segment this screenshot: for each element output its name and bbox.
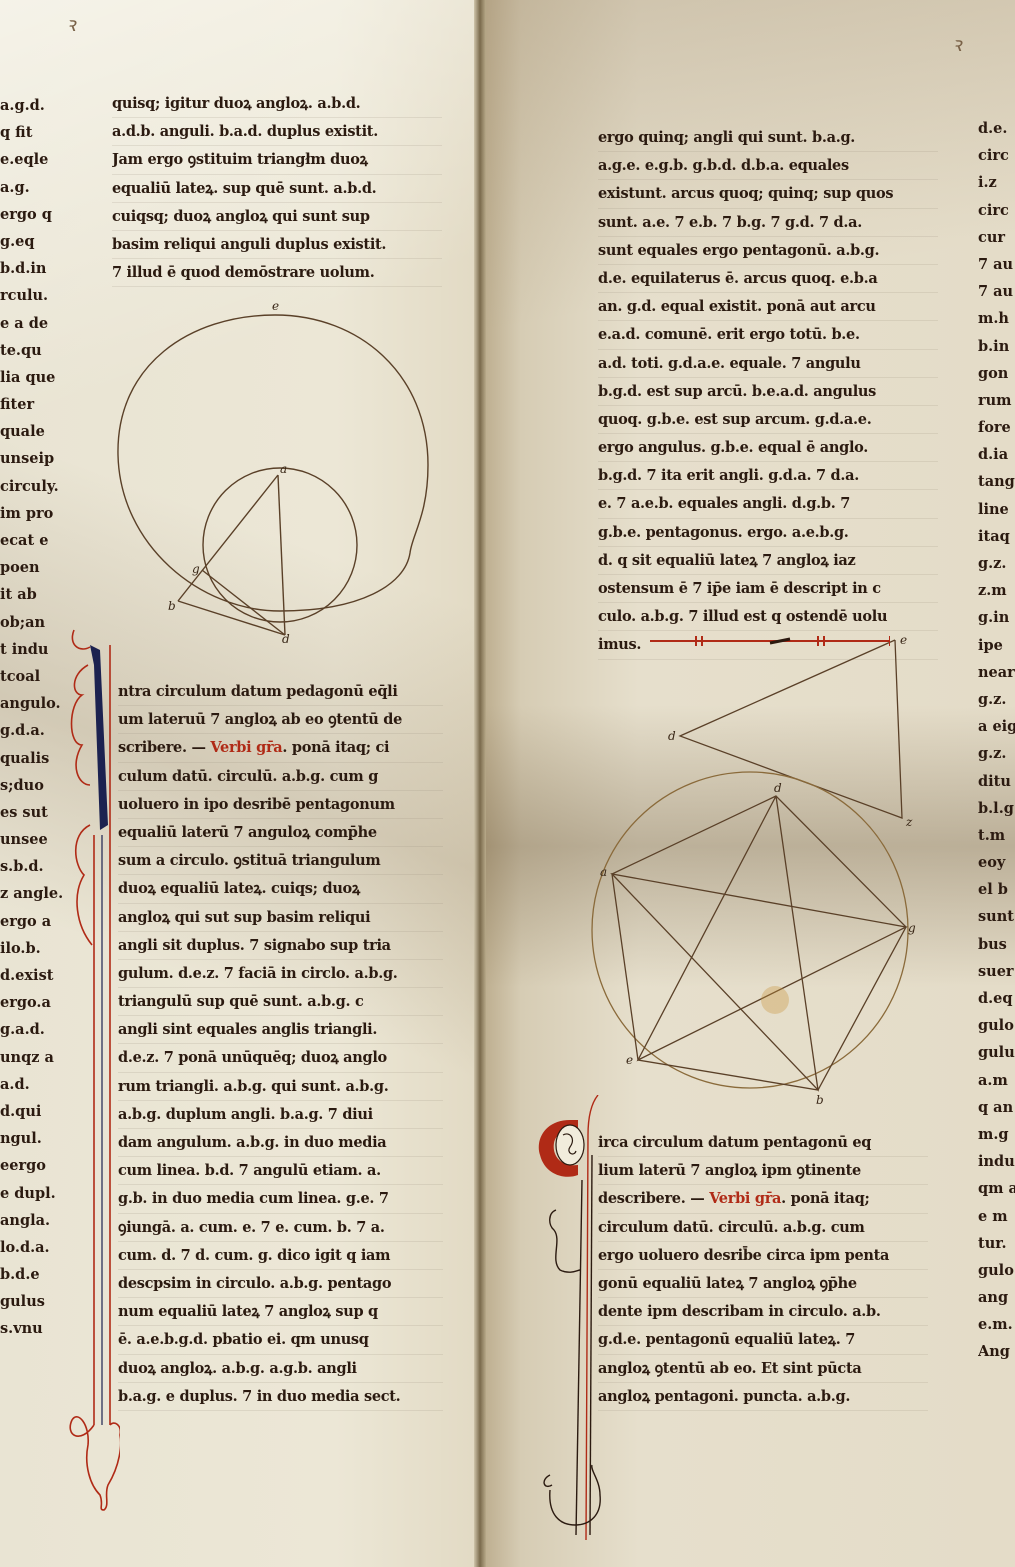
text-line: g.d.a. — [0, 717, 62, 744]
text-line: g.b.e. pentagonus. ergo. a.e.b.g. — [598, 519, 938, 547]
text-line: Ang — [978, 1338, 1015, 1365]
decorated-initial-c — [530, 1095, 605, 1565]
text-line: 7 au — [978, 251, 1015, 278]
text-line: m.g — [978, 1121, 1015, 1148]
text-line: indu — [978, 1148, 1015, 1175]
text-line: e dupl. — [0, 1180, 62, 1207]
text-line: a.d. toti. g.d.a.e. equale. 7 angulu — [598, 350, 938, 378]
text-line: ergo.a — [0, 989, 62, 1016]
text-line: a.d. — [0, 1071, 62, 1098]
text-line: existunt. arcus quoq; quinq; sup quos — [598, 180, 938, 208]
text-line: quale — [0, 418, 62, 445]
text-line: duoꝝ equaliū lateꝝ. cuiqs; duoꝝ — [118, 875, 443, 903]
label-e-triangle: e — [900, 633, 907, 647]
text-line: cum linea. b.d. 7 angulū etiam. a. — [118, 1157, 443, 1185]
text-line: a.m — [978, 1067, 1015, 1094]
text-line: scribere. — Verbi gr̄a. ponā itaq; ci — [118, 734, 443, 762]
text-line: m.h — [978, 305, 1015, 332]
text-line: fore — [978, 414, 1015, 441]
text-line: triangulū sup quē sunt. a.b.g. c — [118, 988, 443, 1016]
left-margin-text-column: a.g.d.q fite.eqlea.g.ergo qg.eqb.d.inrcu… — [0, 92, 62, 1343]
text-line: d. q sit equaliū lateꝝ 7 angloꝝ iaz — [598, 547, 938, 575]
text-line: equaliū laterū 7 anguloꝝ comp̄he — [118, 819, 443, 847]
text-line: es sut — [0, 799, 62, 826]
text-line: g.z. — [978, 686, 1015, 713]
label-d: d — [282, 632, 290, 645]
text-line: dam angulum. a.b.g. in duo media — [118, 1129, 443, 1157]
text-line: d.exist — [0, 962, 62, 989]
text-line: im pro — [0, 500, 62, 527]
text-line: ergo quinq; angli qui sunt. b.a.g. — [598, 124, 938, 152]
text-line: fiter — [0, 391, 62, 418]
text-line: b.l.g — [978, 795, 1015, 822]
text-line: g.z. — [978, 740, 1015, 767]
text-line: ilo.b. — [0, 935, 62, 962]
text-line: unsee — [0, 826, 62, 853]
text-line: itaq — [978, 523, 1015, 550]
text-line: s.b.d. — [0, 853, 62, 880]
text-line: t.m — [978, 822, 1015, 849]
text-line: tur. — [978, 1230, 1015, 1257]
text-line: 7 illud ē quod demōstrare uolum. — [112, 259, 442, 287]
text-line: rum triangli. a.b.g. qui sunt. a.b.g. — [118, 1073, 443, 1101]
text-line: suer — [978, 958, 1015, 985]
text-line: gon — [978, 360, 1015, 387]
label-g-pentagon: g — [908, 921, 916, 935]
text-line: uoluero in ipo desribē pentagonum — [118, 791, 443, 819]
text-line: poen — [0, 554, 62, 581]
text-line: qm a — [978, 1175, 1015, 1202]
text-line: g.in — [978, 604, 1015, 631]
text-line: gulum. d.e.z. 7 faciā in circlo. a.b.g. — [118, 960, 443, 988]
text-line: cur — [978, 224, 1015, 251]
text-line: b.a.g. e duplus. 7 in duo media sect. — [118, 1383, 443, 1411]
text-line: num equaliū lateꝝ 7 angloꝝ sup q — [118, 1298, 443, 1326]
label-e: e — [272, 299, 279, 313]
text-line: d.e. equilaterus ē. arcus quoq. e.b.a — [598, 265, 938, 293]
text-line: b.g.d. est sup arcū. b.e.a.d. angulus — [598, 378, 938, 406]
text-line: e.a.d. comunē. erit ergo totū. b.e. — [598, 321, 938, 349]
folio-mark-left: ꝛ — [66, 10, 75, 37]
text-line: circ — [978, 142, 1015, 169]
text-line: eergo — [0, 1152, 62, 1179]
text-line: e.m. — [978, 1311, 1015, 1338]
text-line: ergo uoluero desrib̄e circa ipm penta — [598, 1242, 928, 1270]
text-line: ergo a — [0, 908, 62, 935]
text-line: bus — [978, 931, 1015, 958]
text-line: i.z — [978, 169, 1015, 196]
text-line: sunt. a.e. 7 e.b. 7 b.g. 7 g.d. 7 d.a. — [598, 209, 938, 237]
text-line: duoꝝ angloꝝ. a.b.g. a.g.b. angli — [118, 1355, 443, 1383]
text-line: descpsim in circulo. a.b.g. pentago — [118, 1270, 443, 1298]
text-line: b.in — [978, 333, 1015, 360]
text-line: tcoal — [0, 663, 62, 690]
text-line: qualis — [0, 745, 62, 772]
text-line: 7 au — [978, 278, 1015, 305]
text-line: unqz a — [0, 1044, 62, 1071]
text-line: unseip — [0, 445, 62, 472]
text-line: q an — [978, 1094, 1015, 1121]
text-line: circuly. — [0, 473, 62, 500]
text-line: ostensum ē 7 ip̄e iam ē descript in c — [598, 575, 938, 603]
text-line: angla. — [0, 1207, 62, 1234]
text-line: angli sint equales anglis triangli. — [118, 1016, 443, 1044]
text-line: a.d.b. anguli. b.a.d. duplus existit. — [112, 118, 442, 146]
text-line: a.b.g. duplum angli. b.a.g. 7 diui — [118, 1101, 443, 1129]
text-line: angloꝝ pentagoni. puncta. a.b.g. — [598, 1383, 928, 1411]
text-line: near — [978, 659, 1015, 686]
label-b-pentagon: b — [816, 1093, 824, 1107]
text-line: ergo q — [0, 201, 62, 228]
rubric-text: Verbi gr̄a — [210, 739, 282, 756]
text-line: g.eq — [0, 228, 62, 255]
text-line: an. g.d. equal existit. ponā aut arcu — [598, 293, 938, 321]
label-b: b — [168, 599, 176, 613]
text-line: e.eqle — [0, 146, 62, 173]
text-line: g.a.d. — [0, 1016, 62, 1043]
text-line: a.g.d. — [0, 92, 62, 119]
text-line: rum — [978, 387, 1015, 414]
text-line: basim reliqui anguli duplus existit. — [112, 231, 442, 259]
text-line: ngul. — [0, 1125, 62, 1152]
text-line: te.qu — [0, 337, 62, 364]
text-line: s;duo — [0, 772, 62, 799]
text-line: gulus — [0, 1288, 62, 1315]
text-line: Jam ergo ꝯstituim triangłm duoꝝ — [112, 146, 442, 174]
label-g: g — [192, 562, 200, 576]
text-line: angloꝝ qui sut sup basim reliqui — [118, 904, 443, 932]
text-line: sunt — [978, 903, 1015, 930]
text-line: line — [978, 496, 1015, 523]
text-line: ecat e — [0, 527, 62, 554]
text-line: gulu — [978, 1039, 1015, 1066]
text-line: sunt equales ergo pentagonū. a.b.g. — [598, 237, 938, 265]
text-line: circ — [978, 197, 1015, 224]
text-line: angloꝝ ꝯtentū ab eo. Et sint pūcta — [598, 1355, 928, 1383]
text-line: ditu — [978, 768, 1015, 795]
label-e-pentagon: e — [626, 1053, 633, 1067]
text-line: ergo angulus. g.b.e. equal ē anglo. — [598, 434, 938, 462]
text-line: um lateruū 7 angloꝝ ab eo ꝯtentū de — [118, 706, 443, 734]
right-column-top-text: ergo quinq; angli qui sunt. b.a.g.a.g.e.… — [598, 124, 938, 660]
text-line: eoy — [978, 849, 1015, 876]
text-line: culo. a.b.g. 7 illud est q ostendē uolu — [598, 603, 938, 631]
text-line: gonū equaliū lateꝝ 7 angloꝝ ꝯp̄he — [598, 1270, 928, 1298]
label-d-pentagon: d — [774, 781, 782, 795]
text-line: cuiqsq; duoꝝ angloꝝ qui sunt sup — [112, 203, 442, 231]
right-column-proposition-text: irca circulum datum pentagonū eqlium lat… — [598, 1129, 928, 1411]
text-line: g.z. — [978, 550, 1015, 577]
text-line: circulum datū. circulū. a.b.g. cum — [598, 1214, 928, 1242]
text-line: z angle. — [0, 880, 62, 907]
label-a: a — [280, 462, 287, 476]
left-column-proposition-text: ntra circulum datum pedagonū eq̄lium lat… — [118, 678, 443, 1411]
text-line: d.e.z. 7 ponā unūquēq; duoꝝ anglo — [118, 1044, 443, 1072]
text-line: dente ipm describam in circulo. a.b. — [598, 1298, 928, 1326]
text-line: cum. d. 7 d. cum. g. dico igit q iam — [118, 1242, 443, 1270]
text-line: irca circulum datum pentagonū eq — [598, 1129, 928, 1157]
text-line: ꝯiungā. a. cum. e. 7 e. cum. b. 7 a. — [118, 1214, 443, 1242]
text-line: quisq; igitur duoꝝ angloꝝ. a.b.d. — [112, 90, 442, 118]
text-line: z.m — [978, 577, 1015, 604]
text-line: angulo. — [0, 690, 62, 717]
text-line: rculu. — [0, 282, 62, 309]
rubric-line-filler — [650, 634, 890, 648]
text-line: angli sit duplus. 7 signabo sup tria — [118, 932, 443, 960]
text-line: lo.d.a. — [0, 1234, 62, 1261]
text-line: culum datū. circulū. a.b.g. cum g — [118, 763, 443, 791]
text-line: gulo — [978, 1012, 1015, 1039]
text-line: b.g.d. 7 ita erit angli. g.d.a. 7 d.a. — [598, 462, 938, 490]
text-line: ē. a.e.b.g.d. pbatio ei. qm unusq — [118, 1326, 443, 1354]
decorated-initial-i — [60, 625, 120, 1535]
text-line: ang — [978, 1284, 1015, 1311]
manuscript-spread: ꝛ ꝛ a.g.d.q fite.eqlea.g.ergo qg.eqb.d.i… — [0, 0, 1015, 1567]
left-column-top-text: quisq; igitur duoꝝ angloꝝ. a.b.d.a.d.b. … — [112, 90, 442, 287]
text-line: a.g.e. e.g.b. g.b.d. d.b.a. equales — [598, 152, 938, 180]
text-line: b.d.e — [0, 1261, 62, 1288]
text-line: ntra circulum datum pedagonū eq̄li — [118, 678, 443, 706]
text-line: a.g. — [0, 174, 62, 201]
diagram-triangle-and-pentagon: e d z d a g e b — [580, 630, 930, 1110]
text-line: ob;an — [0, 609, 62, 636]
label-d-triangle: d — [668, 729, 676, 743]
text-line: equaliū lateꝝ. sup quē sunt. a.b.d. — [112, 175, 442, 203]
text-line: d.ia — [978, 441, 1015, 468]
text-line: s.vnu — [0, 1315, 62, 1342]
text-line: ipe — [978, 632, 1015, 659]
text-line: describere. — Verbi gr̄a. ponā itaq; — [598, 1185, 928, 1213]
text-line: d.eq — [978, 985, 1015, 1012]
text-line: lium laterū 7 angloꝝ ipm ꝯtinente — [598, 1157, 928, 1185]
text-line: q fit — [0, 119, 62, 146]
right-margin-text-column: d.e.circi.zcirccur7 au7 aum.hb.ingonrumf… — [978, 115, 1015, 1366]
diagram-circles-triangle: e a g b d — [110, 295, 440, 645]
text-line: e. 7 a.e.b. equales angli. d.g.b. 7 — [598, 490, 938, 518]
rubric-text: Verbi gr̄a — [709, 1190, 781, 1207]
text-line: it ab — [0, 581, 62, 608]
text-line: tang — [978, 468, 1015, 495]
gutter-fold — [474, 0, 486, 1567]
text-line: g.b. in duo media cum linea. g.e. 7 — [118, 1185, 443, 1213]
text-line: t indu — [0, 636, 62, 663]
folio-mark-right: ꝛ — [952, 30, 961, 57]
text-line: a eig — [978, 713, 1015, 740]
text-line: el b — [978, 876, 1015, 903]
text-line: d.qui — [0, 1098, 62, 1125]
label-z-triangle: z — [905, 815, 913, 829]
text-line: d.e. — [978, 115, 1015, 142]
text-line: e m — [978, 1203, 1015, 1230]
text-line: b.d.in — [0, 255, 62, 282]
text-line: lia que — [0, 364, 62, 391]
text-line: sum a circulo. ꝯstituā triangulum — [118, 847, 443, 875]
text-line: g.d.e. pentagonū equaliū lateꝝ. 7 — [598, 1326, 928, 1354]
text-line: e a de — [0, 310, 62, 337]
text-line: quoq. g.b.e. est sup arcum. g.d.a.e. — [598, 406, 938, 434]
text-line: gulo — [978, 1257, 1015, 1284]
label-a-pentagon: a — [600, 865, 607, 879]
